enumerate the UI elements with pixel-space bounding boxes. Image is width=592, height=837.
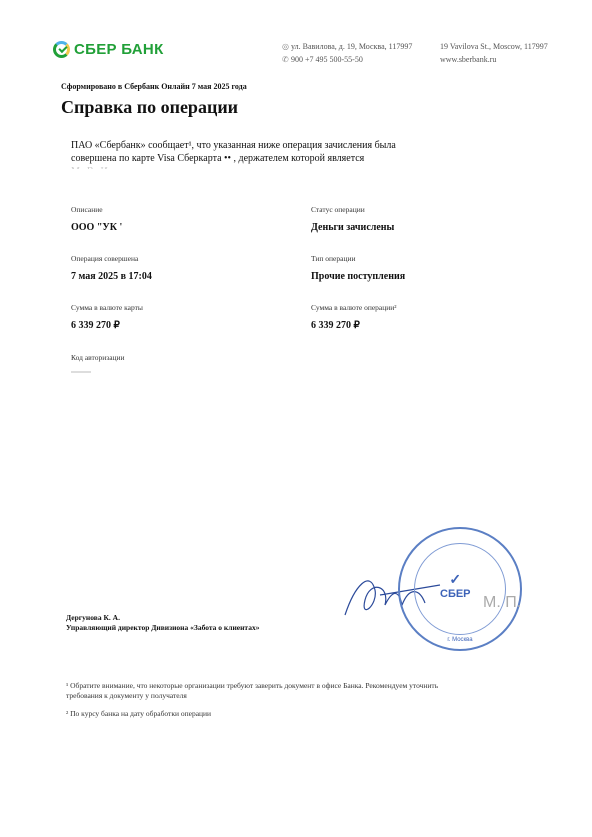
company-stamp: ✓ СБЕР г. Москва <box>398 527 522 651</box>
brand-name: СБЕР БАНК <box>74 41 164 58</box>
auth-code-redacted <box>71 371 91 373</box>
contact-ru: ◎ул. Вавилова, д. 19, Москва, 117997 ✆90… <box>282 40 412 66</box>
field-description: Описание ООО "УК ' <box>71 205 122 233</box>
signer-position: Управляющий директор Дивизиона «Забота о… <box>66 623 259 633</box>
address-en: 19 Vavilova St., Moscow, 117997 <box>440 40 548 53</box>
contact-en: 19 Vavilova St., Moscow, 117997 www.sber… <box>440 40 548 66</box>
phones: 900 +7 495 500-55-50 <box>291 55 363 64</box>
field-status: Статус операции Деньги зачислены <box>311 205 394 233</box>
field-type: Тип операции Прочие поступления <box>311 254 405 282</box>
intro-text: ПАО «Сбербанк» сообщает¹, что указанная … <box>71 139 431 169</box>
sber-logo: СБЕР БАНК <box>53 41 164 58</box>
field-amount-card: Сумма в валюте карты 6 339 270 ₽ <box>71 303 143 331</box>
signer-block: Дергунова К. А. Управляющий директор Див… <box>66 613 259 633</box>
location-pin-icon: ◎ <box>282 40 291 53</box>
signer-name: Дергунова К. А. <box>66 613 259 623</box>
field-date: Операция совершена 7 мая 2025 в 17:04 <box>71 254 152 282</box>
stamp-check-icon: ✓ <box>440 571 471 588</box>
footnote-2: ² По курсу банка на дату обработки опера… <box>66 709 446 719</box>
sber-check-icon <box>53 41 70 58</box>
website-link[interactable]: www.sberbank.ru <box>440 53 548 66</box>
field-auth-code: Код авторизации <box>71 353 125 373</box>
footnote-1: ¹ Обратите внимание, что некоторые орган… <box>66 681 446 700</box>
page-title: Справка по операции <box>61 97 238 118</box>
address-ru: ул. Вавилова, д. 19, Москва, 117997 <box>291 42 412 51</box>
field-amount-operation: Сумма в валюте операции² 6 339 270 ₽ <box>311 303 397 331</box>
seal-place: М. П. <box>483 594 521 612</box>
phone-icon: ✆ <box>282 53 291 66</box>
generated-note: Сформировано в Сбербанк Онлайн 7 мая 202… <box>61 82 247 91</box>
